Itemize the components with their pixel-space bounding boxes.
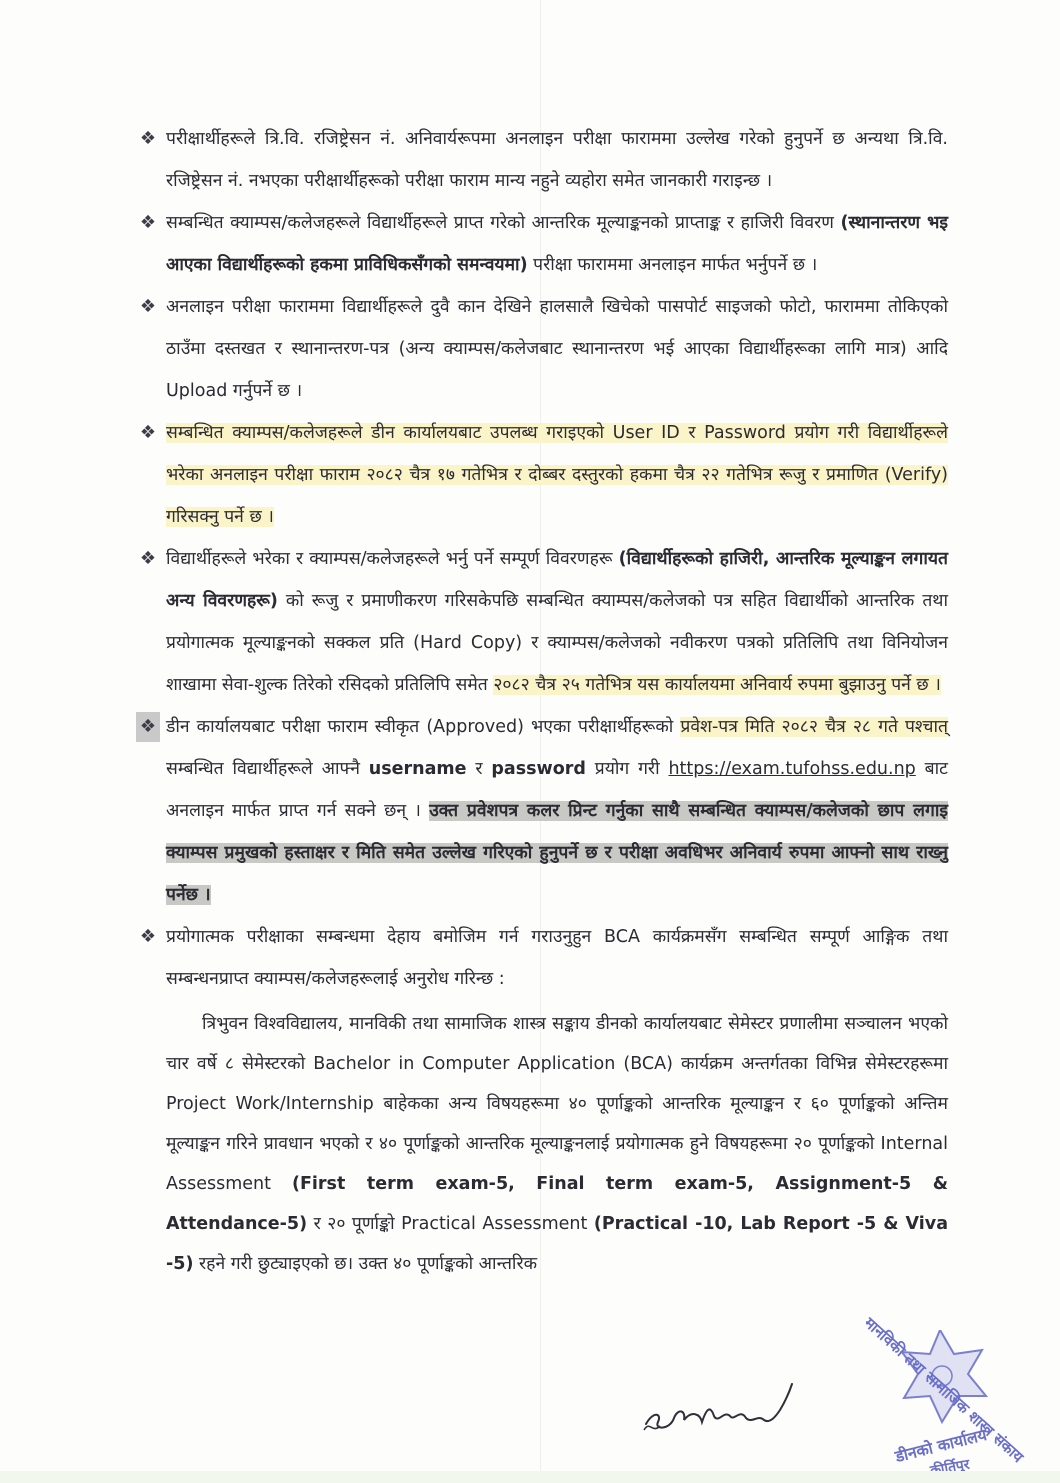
notice-page: ❖परीक्षार्थीहरूले त्रि.वि. रजिष्ट्रेसन न…: [0, 0, 1060, 1483]
text-segment: रहने गरी छुट्याइएको छ। उक्त ४० पूर्णाङ्क…: [193, 1254, 537, 1274]
text-segment: password: [491, 759, 586, 779]
text-segment: प्रयोगात्मक परीक्षाका सम्बन्धमा देहाय बम…: [166, 927, 948, 989]
text-segment: username: [369, 759, 467, 779]
bullet-diamond-icon: ❖: [136, 712, 160, 742]
notice-body: ❖परीक्षार्थीहरूले त्रि.वि. रजिष्ट्रेसन न…: [136, 118, 948, 1284]
notice-bullet: ❖विद्यार्थीहरूले भरेका र क्याम्पस/कलेजहर…: [136, 538, 948, 706]
bullet-diamond-icon: ❖: [136, 118, 160, 160]
notice-bullet: ❖सम्बन्धित क्याम्पस/कलेजहरूले डीन कार्या…: [136, 412, 948, 538]
notice-bullet: ❖डीन कार्यालयबाट परीक्षा फाराम स्वीकृत (…: [136, 706, 948, 916]
notice-bullet: ❖सम्बन्धित क्याम्पस/कलेजहरूले विद्यार्थी…: [136, 202, 948, 286]
text-segment: सम्बन्धित विद्यार्थीहरूले आफ्नै: [166, 759, 369, 779]
text-segment: र: [467, 759, 492, 779]
bullet-diamond-icon: ❖: [136, 202, 160, 244]
highlighted-text: प्रवेश-पत्र मिति २०८२ चैत्र २८ गते पश्चा…: [680, 717, 948, 737]
bca-practical-paragraph: त्रिभुवन विश्वविद्यालय, मानविकी तथा सामा…: [136, 1004, 948, 1284]
text-segment: डीन कार्यालयबाट परीक्षा फाराम स्वीकृत (A…: [166, 717, 680, 737]
text-segment: त्रिभुवन विश्वविद्यालय, मानविकी तथा सामा…: [166, 1014, 948, 1194]
notice-bullet: ❖प्रयोगात्मक परीक्षाका सम्बन्धमा देहाय ब…: [136, 916, 948, 1000]
scan-bottom-edge: [0, 1471, 1060, 1483]
signature: [640, 1380, 820, 1440]
bullet-diamond-icon: ❖: [136, 916, 160, 958]
text-segment: परीक्षा फाराममा अनलाइन मार्फत भर्नुपर्ने…: [528, 255, 818, 275]
text-segment: सम्बन्धित क्याम्पस/कलेजहरूले विद्यार्थीह…: [166, 213, 840, 233]
text-segment: प्रयोग गरी: [586, 759, 669, 779]
bullet-diamond-icon: ❖: [136, 538, 160, 580]
notice-bullet: ❖परीक्षार्थीहरूले त्रि.वि. रजिष्ट्रेसन न…: [136, 118, 948, 202]
text-segment: अनलाइन परीक्षा फाराममा विद्यार्थीहरूले द…: [166, 297, 948, 401]
notice-bullet: ❖अनलाइन परीक्षा फाराममा विद्यार्थीहरूले …: [136, 286, 948, 412]
text-segment: र २० पूर्णाङ्को Practical Assessment: [307, 1214, 594, 1234]
exam-portal-link[interactable]: https://exam.tufohss.edu.np: [668, 759, 915, 779]
office-stamp: मानविकी तथा सामाजिक शास्त्र संकाय डीनको …: [830, 1330, 1030, 1480]
highlighted-text: २०८२ चैत्र २५ गतेभित्र यस कार्यालयमा अनि…: [493, 675, 941, 695]
highlighted-text: सम्बन्धित क्याम्पस/कलेजहरूले डीन कार्याल…: [166, 423, 948, 527]
text-segment: विद्यार्थीहरूले भरेका र क्याम्पस/कलेजहरू…: [166, 549, 619, 569]
bullet-diamond-icon: ❖: [136, 286, 160, 328]
text-segment: परीक्षार्थीहरूले त्रि.वि. रजिष्ट्रेसन नं…: [166, 129, 948, 191]
bullet-diamond-icon: ❖: [136, 412, 160, 454]
